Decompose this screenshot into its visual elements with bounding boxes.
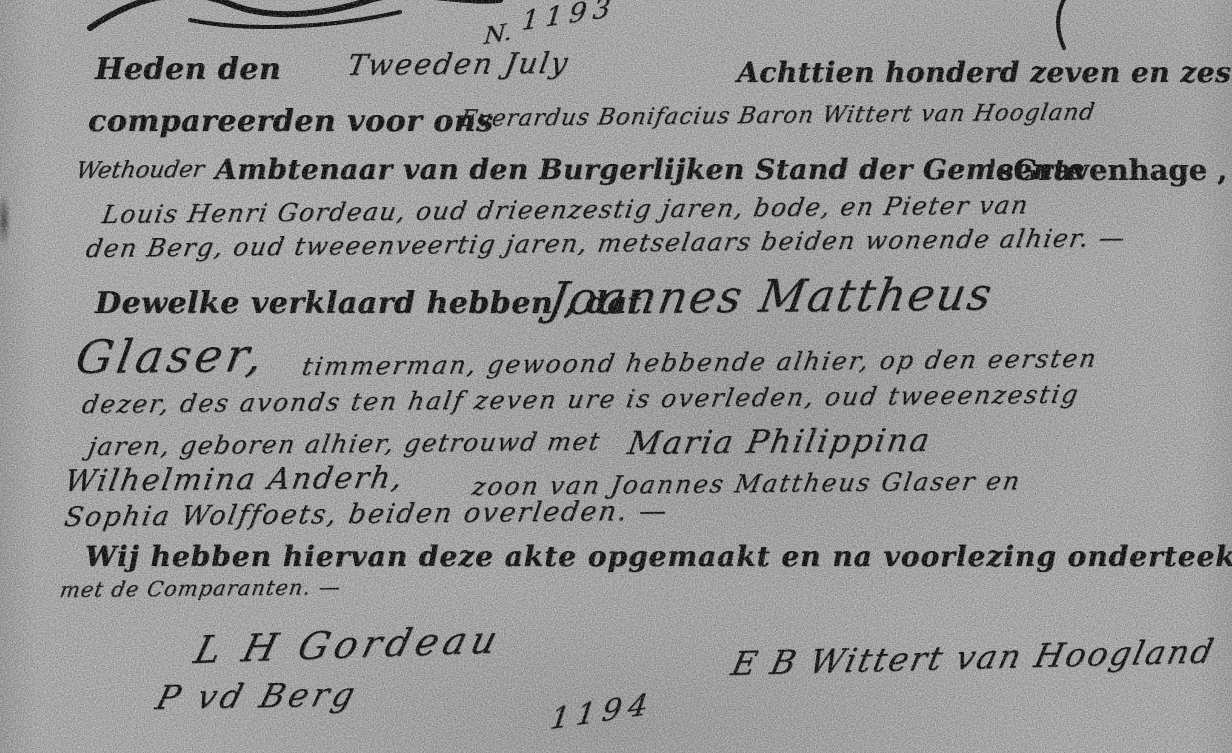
written-official-name: Everardus Bonifacius Baron Wittert van H… <box>458 99 1097 132</box>
written-spouse-name: Maria Philippina <box>625 421 934 462</box>
signature-gordeau: L H Gordeau <box>190 617 507 672</box>
document-scan: N. 1193 Heden den Tweeden July Achttien … <box>0 0 1232 753</box>
written-deceased-surname: Glaser, <box>72 328 271 384</box>
declaration-line-2: timmerman, gewoond hebbende alhier, op d… <box>300 344 1100 381</box>
printed-ambtenaar: Ambtenaar van den Burgerlijken Stand der… <box>215 153 1085 186</box>
written-date: Tweeden July <box>345 46 572 82</box>
footer-act-number: 1194 <box>548 687 656 737</box>
witnesses-line-1: Louis Henri Gordeau, oud drieenzestig ja… <box>100 190 1031 229</box>
edge-ink-smudge <box>0 188 12 252</box>
printed-municipality: 'sGravenhage , <box>988 153 1227 187</box>
declaration-line-5a: Wilhelmina Anderh, <box>62 460 407 499</box>
signature-wittert-van-hoogland: E B Wittert van Hoogland <box>728 631 1219 683</box>
act-number: 1193 <box>520 0 618 37</box>
written-deceased-first-names: Joannes Mattheus <box>545 267 997 325</box>
printed-year: Achttien honderd zeven en zestig , <box>737 56 1232 89</box>
witnesses-line-2: den Berg, oud tweeenveertig jaren, metse… <box>84 223 1128 263</box>
signature-van-den-berg: P vd Berg <box>152 675 363 717</box>
act-number-prefix: N. <box>483 18 513 50</box>
printed-closing: Wij hebben hiervan deze akte opgemaakt e… <box>85 540 1232 573</box>
declaration-line-3: dezer, des avonds ten half zeven ure is … <box>80 380 1082 419</box>
printed-heden-den: Heden den <box>95 52 281 87</box>
written-wethouder: Wethouder <box>74 157 206 184</box>
printed-compareerden: compareerden voor ons <box>88 104 493 139</box>
declaration-line-6: Sophia Wolffoets, beiden overleden. — <box>62 496 671 533</box>
written-closing: met de Comparanten. — <box>58 575 343 602</box>
declaration-line-4a: jaren, geboren alhier, getrouwd met <box>86 427 603 461</box>
declaration-line-5b: zoon van Joannes Mattheus Glaser en <box>470 466 1024 501</box>
stray-ink-stroke <box>1048 0 1078 51</box>
